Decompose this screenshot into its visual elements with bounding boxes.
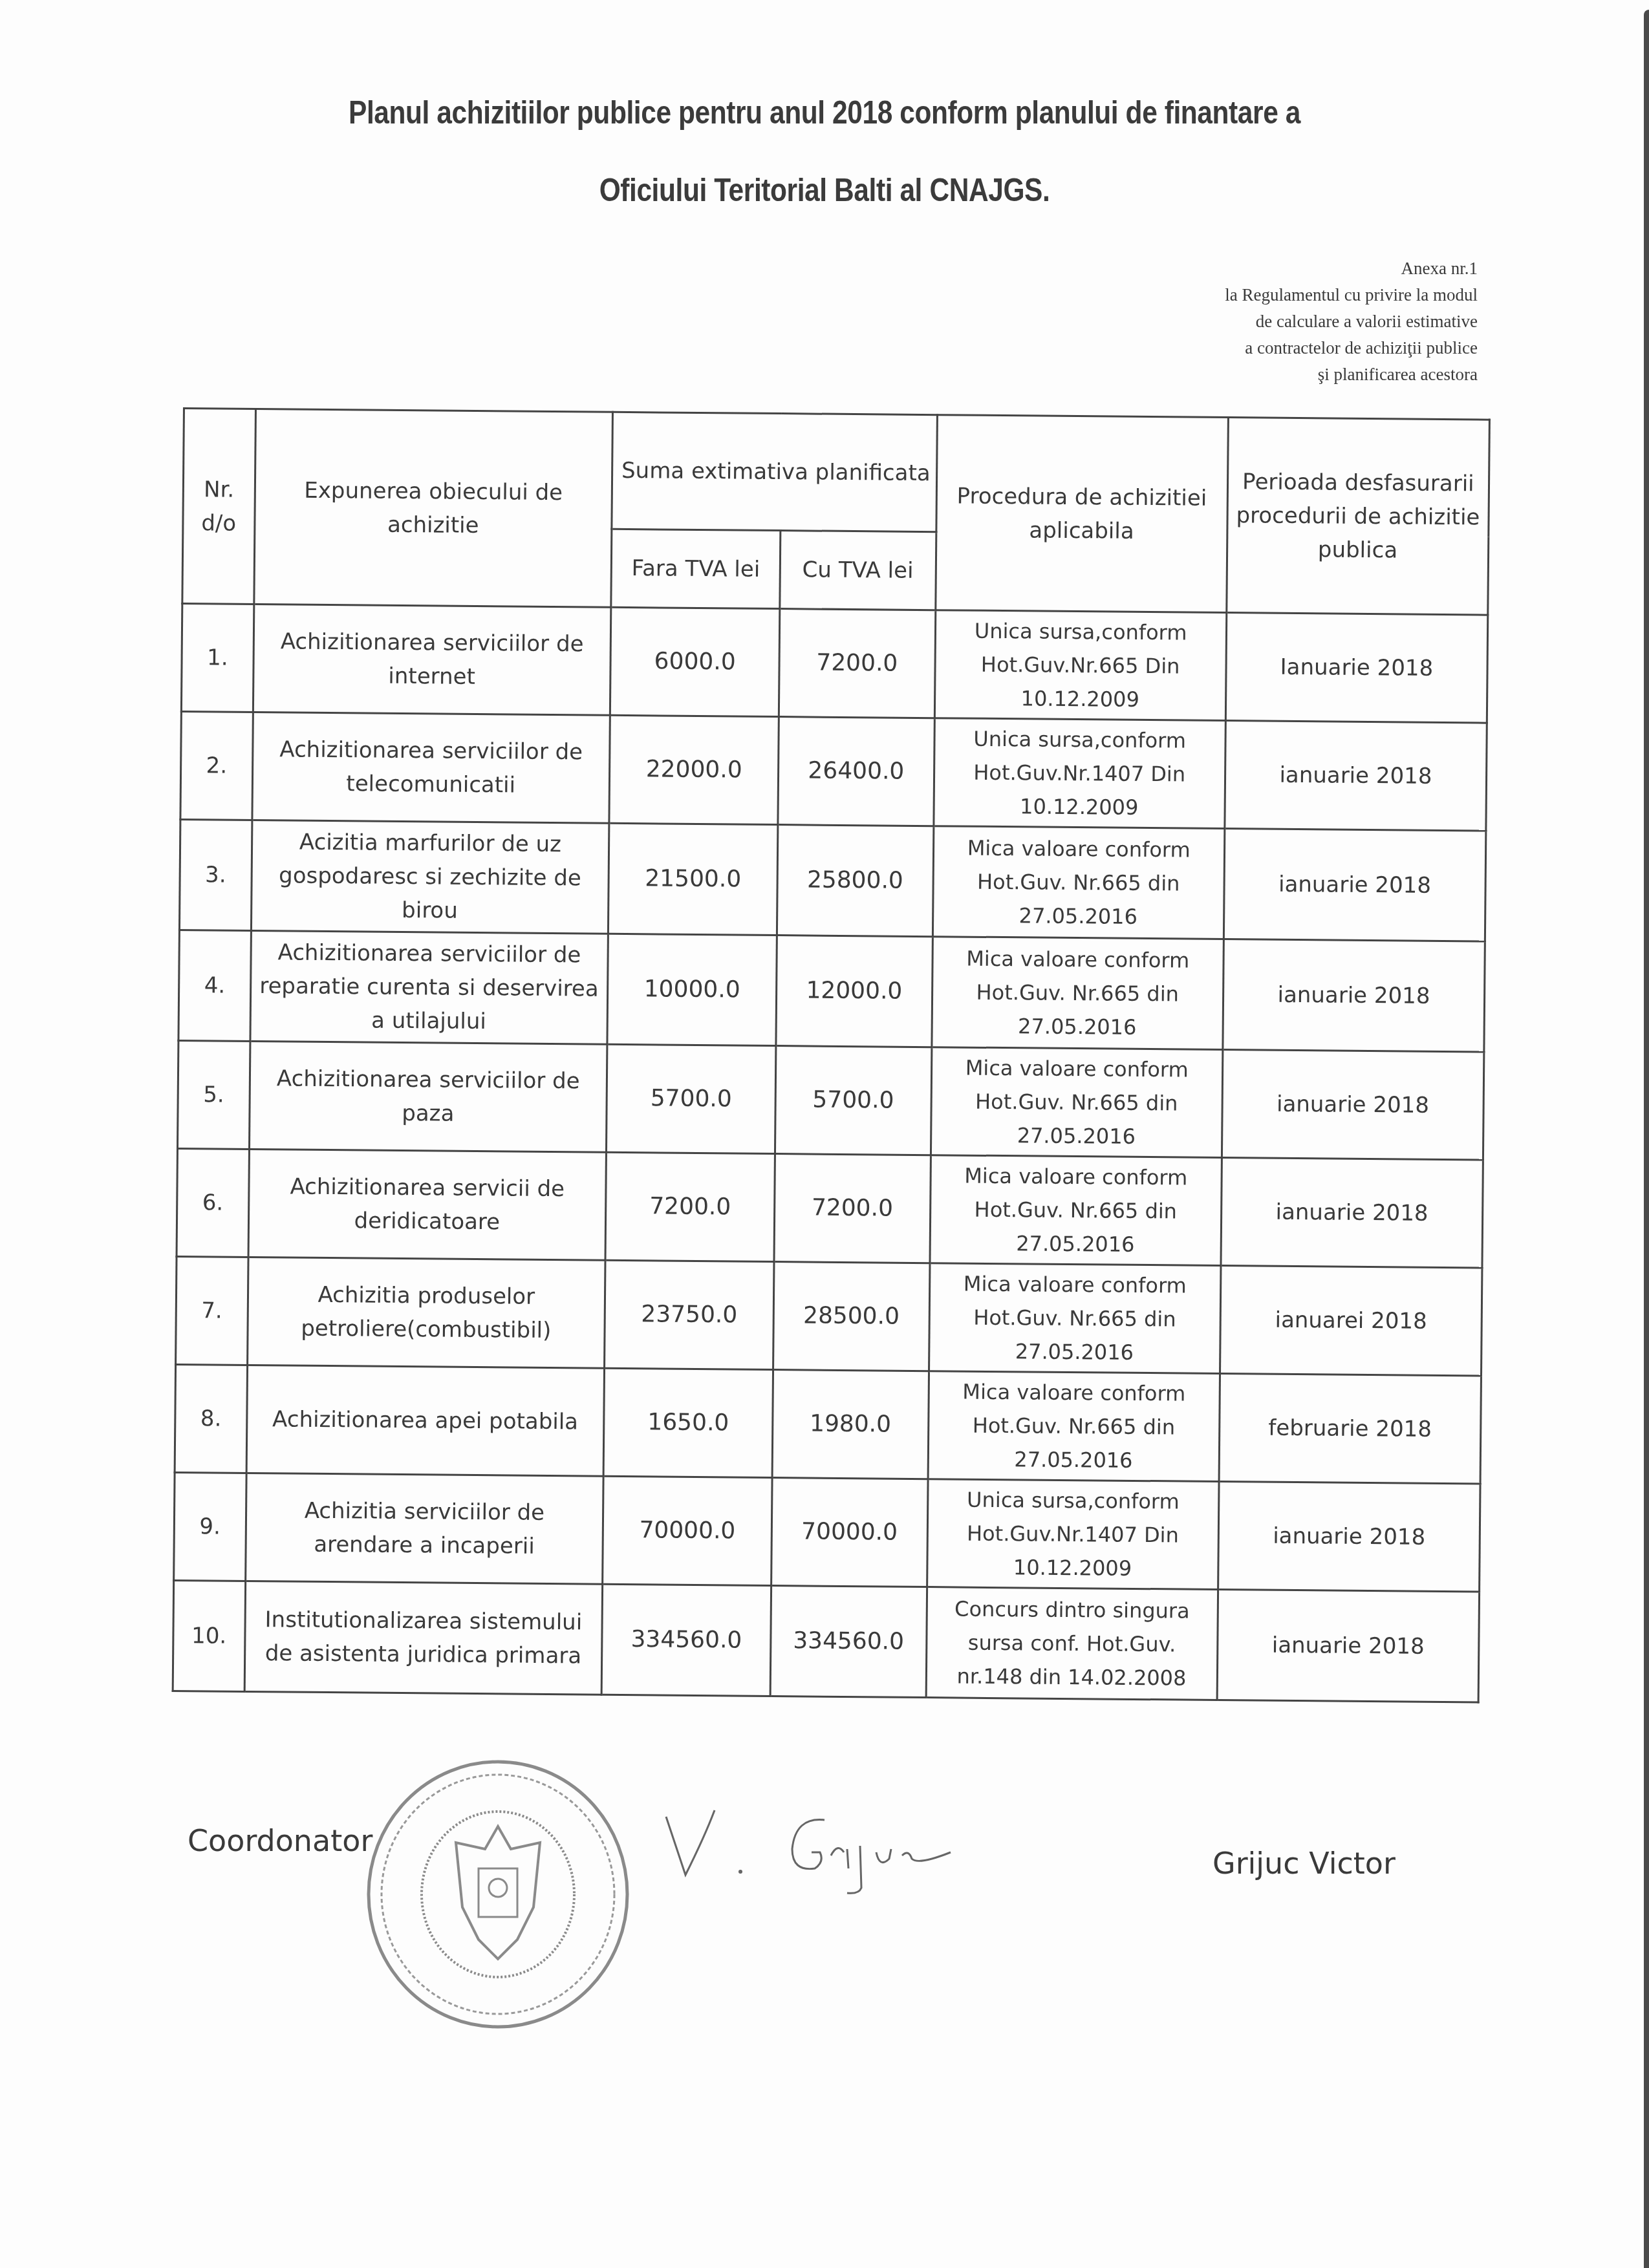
- handwritten-signature-icon: [653, 1797, 976, 1901]
- table-row: 7.Achizitia produselor petroliere(combus…: [176, 1256, 1482, 1376]
- header-description: Expunerea obiecului de achizitie: [253, 409, 612, 607]
- coordinator-label: Coordonator: [188, 1823, 372, 1858]
- cell-procedure: Mica valoare conform Hot.Guv. Nr.665 din…: [931, 937, 1223, 1050]
- table-row: 2.Achizitionarea serviciilor de telecomu…: [180, 711, 1487, 831]
- cell-description: Achizitionarea serviciilor de reparatie …: [250, 930, 608, 1044]
- cell-period: februarie 2018: [1219, 1374, 1482, 1484]
- annex-line-2: la Regulamentul cu privire la modul: [1225, 282, 1478, 308]
- cell-fara-tva: 6000.0: [610, 607, 779, 716]
- cell-procedure: Concurs dintro singura sursa conf. Hot.G…: [926, 1587, 1218, 1700]
- cell-procedure: Mica valoare conform Hot.Guv. Nr.665 din…: [932, 826, 1225, 939]
- table-row: 5.Achizitionarea serviciilor de paza5700…: [177, 1040, 1483, 1160]
- cell-description: Achizitia produselor petroliere(combusti…: [247, 1257, 605, 1368]
- cell-fara-tva: 21500.0: [609, 823, 778, 935]
- cell-cu-tva: 26400.0: [778, 717, 934, 826]
- cell-nr: 9.: [174, 1472, 246, 1581]
- cell-cu-tva: 12000.0: [776, 936, 932, 1047]
- header-fara-tva: Fara TVA lei: [611, 529, 781, 608]
- cell-period: ianuarie 2018: [1218, 1482, 1480, 1592]
- cell-description: Institutionalizarea sistemului de asiste…: [244, 1581, 603, 1695]
- cell-nr: 5.: [177, 1040, 250, 1149]
- cell-procedure: Mica valoare conform Hot.Guv. Nr.665 din…: [931, 1047, 1223, 1158]
- cell-fara-tva: 1650.0: [603, 1368, 773, 1477]
- document-title-line-1: Planul achizitiilor publice pentru anul …: [124, 94, 1525, 131]
- cell-nr: 8.: [175, 1364, 247, 1473]
- header-estimated-sum: Suma extimativa planificata: [612, 412, 937, 531]
- cell-nr: 7.: [176, 1256, 248, 1365]
- annex-line-1: Anexa nr.1: [1225, 255, 1478, 282]
- cell-period: Ianuarie 2018: [1225, 613, 1488, 723]
- cell-fara-tva: 7200.0: [605, 1152, 775, 1261]
- cell-fara-tva: 22000.0: [609, 715, 779, 824]
- cell-fara-tva: 5700.0: [607, 1044, 776, 1153]
- table-row: 4.Achizitionarea serviciilor de reparati…: [178, 930, 1485, 1052]
- document-title-line-2: Oficiului Teritorial Balti al CNAJGS.: [124, 171, 1525, 209]
- header-procedure: Procedura de achizitiei aplicabila: [935, 415, 1228, 613]
- cell-period: ianuarei 2018: [1220, 1266, 1482, 1376]
- cell-description: Acizitia marfurilor de uz gospodaresc si…: [251, 820, 609, 934]
- cell-nr: 4.: [178, 930, 251, 1041]
- cell-cu-tva: 28500.0: [773, 1262, 930, 1371]
- header-cu-tva: Cu TVA lei: [780, 531, 936, 610]
- cell-nr: 6.: [177, 1148, 249, 1257]
- cell-procedure: Unica sursa,conform Hot.Guv.Nr.1407 Din …: [933, 718, 1225, 829]
- official-stamp-icon: [362, 1759, 634, 2030]
- cell-fara-tva: 10000.0: [607, 934, 777, 1045]
- scan-page-edge: [1644, 10, 1649, 2268]
- table-row: 10.Institutionalizarea sistemului de asi…: [173, 1580, 1479, 1702]
- annex-line-4: a contractelor de achiziţii publice: [1225, 335, 1478, 361]
- table-row: 3.Acizitia marfurilor de uz gospodaresc …: [179, 819, 1485, 941]
- cell-procedure: Unica sursa,conform Hot.Guv.Nr.665 Din 1…: [934, 610, 1227, 721]
- cell-cu-tva: 1980.0: [772, 1370, 929, 1479]
- signatory-name: Grijuc Victor: [1212, 1846, 1396, 1881]
- table-body: 1.Achizitionarea serviciilor de internet…: [173, 604, 1488, 1703]
- cell-period: ianuarie 2018: [1225, 721, 1487, 831]
- cell-period: ianuarie 2018: [1223, 829, 1486, 942]
- cell-period: ianuarie 2018: [1217, 1590, 1480, 1703]
- cell-description: Achizitionarea servicii de deridicatoare: [248, 1149, 607, 1260]
- cell-description: Achizitionarea serviciilor de paza: [249, 1041, 607, 1152]
- header-nr: Nr. d/o: [182, 409, 255, 604]
- cell-fara-tva: 334560.0: [601, 1584, 771, 1696]
- cell-cu-tva: 7200.0: [774, 1154, 931, 1263]
- header-period: Perioada desfasurarii procedurii de achi…: [1227, 418, 1490, 615]
- cell-cu-tva: 7200.0: [779, 609, 935, 718]
- cell-nr: 10.: [173, 1580, 245, 1691]
- cell-period: ianuarie 2018: [1223, 939, 1485, 1053]
- cell-description: Achizitia serviciilor de arendare a inca…: [245, 1473, 603, 1584]
- cell-cu-tva: 25800.0: [777, 825, 933, 937]
- table-row: 8.Achizitionarea apei potabila1650.01980…: [175, 1364, 1481, 1484]
- cell-procedure: Mica valoare conform Hot.Guv. Nr.665 din…: [928, 1371, 1220, 1482]
- table-row: 6.Achizitionarea servicii de deridicatoa…: [177, 1148, 1483, 1268]
- cell-period: ianuarie 2018: [1221, 1158, 1483, 1268]
- cell-nr: 3.: [179, 819, 252, 930]
- cell-procedure: Unica sursa,conform Hot.Guv.Nr.1407 Din …: [927, 1479, 1219, 1590]
- annex-line-3: de calculare a valorii estimative: [1225, 308, 1478, 335]
- cell-procedure: Mica valoare conform Hot.Guv. Nr.665 din…: [929, 1263, 1221, 1374]
- procurement-plan-table: Nr. d/o Expunerea obiecului de achizitie…: [172, 407, 1491, 1704]
- cell-description: Achizitionarea apei potabila: [246, 1365, 605, 1476]
- cell-nr: 1.: [181, 604, 253, 712]
- cell-description: Achizitionarea serviciilor de telecomuni…: [252, 712, 610, 823]
- cell-fara-tva: 70000.0: [603, 1476, 772, 1585]
- annex-reference: Anexa nr.1 la Regulamentul cu privire la…: [1225, 255, 1478, 388]
- cell-nr: 2.: [180, 711, 253, 820]
- cell-cu-tva: 334560.0: [770, 1586, 927, 1698]
- cell-description: Achizitionarea serviciilor de internet: [253, 604, 611, 715]
- cell-fara-tva: 23750.0: [605, 1260, 774, 1369]
- cell-procedure: Mica valoare conform Hot.Guv. Nr.665 din…: [929, 1155, 1222, 1266]
- annex-line-5: şi planificarea acestora: [1225, 361, 1478, 388]
- cell-cu-tva: 5700.0: [775, 1046, 931, 1155]
- cell-period: ianuarie 2018: [1222, 1050, 1484, 1161]
- cell-cu-tva: 70000.0: [771, 1478, 928, 1587]
- table-row: 1.Achizitionarea serviciilor de internet…: [181, 604, 1487, 723]
- table-row: 9.Achizitia serviciilor de arendare a in…: [174, 1472, 1480, 1592]
